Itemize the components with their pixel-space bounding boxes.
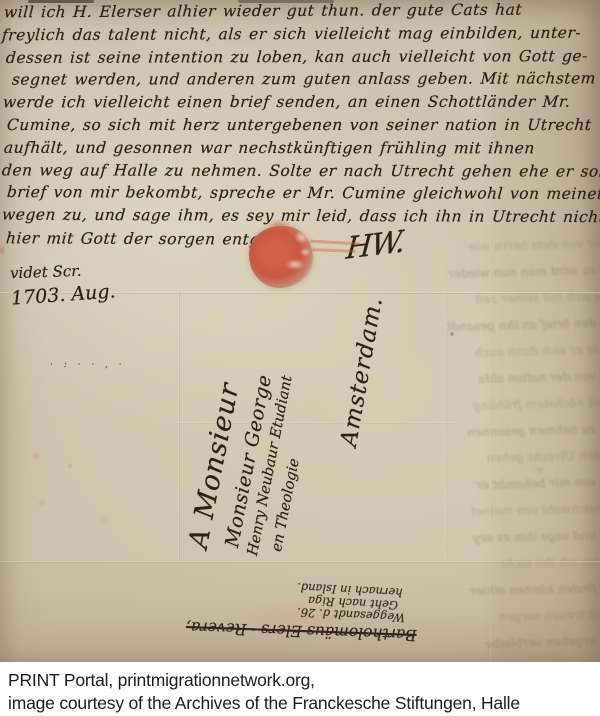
signature-flourish: HW. <box>345 224 406 267</box>
caption-line-portal: PRINT Portal, printmigrationnetwork.org, <box>8 669 592 692</box>
letter-text-line: freylich das talent nicht, als er sich v… <box>1 24 581 44</box>
letter-text-line: dessen ist seine intention zu loben, kan… <box>5 47 588 67</box>
margin-note-videt: videt Scr. <box>10 262 82 282</box>
letter-text-line: Cumine, so sich mit herz untergebenen vo… <box>6 116 592 134</box>
letter-text-line: brief von mir bekombt, spreche er Mr. Cu… <box>6 183 600 203</box>
letter-text-line: will ich H. Elerser alhier wieder gut th… <box>3 1 522 22</box>
letter-text-line: werde ich vielleicht einen brief senden,… <box>2 93 571 112</box>
letter-text-line: wegen zu, und sage ihm, es sey mir leid,… <box>1 206 600 227</box>
archival-scan-root: mir von dem herrn wie zu wird man nun wi… <box>0 0 600 716</box>
letter-photograph: mir von dem herrn wie zu wird man nun wi… <box>0 0 600 662</box>
wax-seal <box>249 226 313 288</box>
caption-bar: PRINT Portal, printmigrationnetwork.org,… <box>0 662 600 716</box>
letter-text-line: aufhält, und gesonnen war nechstkünftige… <box>3 139 535 158</box>
letter-text-line: segnet werden, und anderen zum guten anl… <box>11 70 596 89</box>
letter-body-text: will ich H. Elerser alhier wieder gut th… <box>0 0 600 662</box>
caption-line-credit: image courtesy of the Archives of the Fr… <box>8 692 592 715</box>
letter-text-line: den weg auf Halle zu nehmen. Solte er na… <box>1 161 600 180</box>
